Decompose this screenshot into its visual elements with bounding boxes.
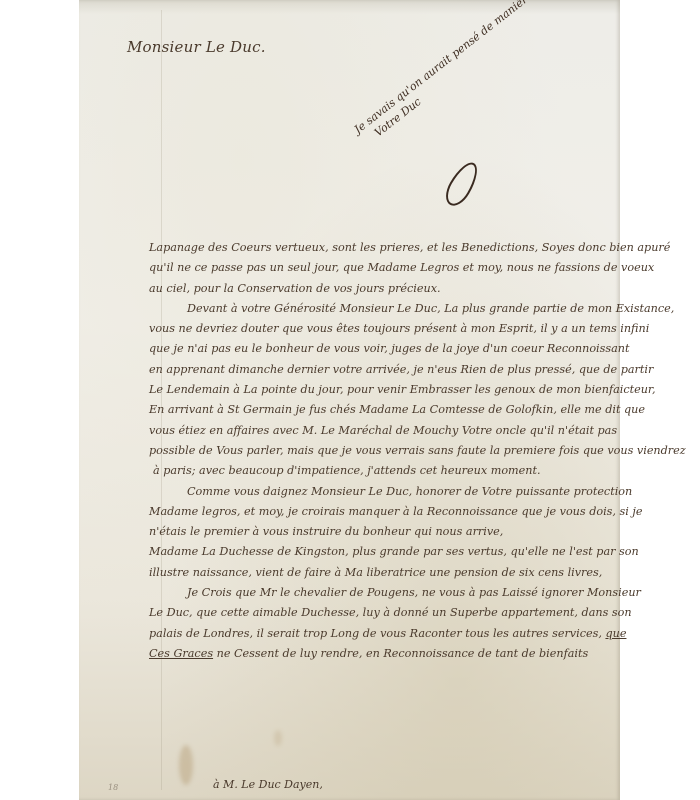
- letter-body: Lapanage des Coeurs vertueux, sont les p…: [149, 238, 605, 664]
- pencil-mark: 18: [108, 783, 118, 792]
- marginal-annotation: Je savais qu'on aurait pensé de manière …: [352, 0, 545, 148]
- text-line: illustre naissance, vient de faire à Ma …: [149, 563, 605, 583]
- text-line: palais de Londres, il serait trop Long d…: [149, 624, 605, 644]
- annotation-line-2: Votre Duc: [372, 1, 544, 140]
- signature-paraph-icon: [440, 158, 483, 211]
- text-line: Madame legros, et moy, je croirais manqu…: [149, 502, 605, 522]
- underlined-phrase: Ces Graces: [149, 647, 213, 660]
- letter-page: Monsieur Le Duc. Je savais qu'on aurait …: [79, 0, 620, 800]
- addressee: à M. Le Duc Dayen,: [213, 778, 323, 791]
- text-line: Comme vous daignez Monsieur Le Duc, hono…: [149, 482, 605, 502]
- text-line: Devant à votre Générosité Monsieur Le Du…: [149, 299, 605, 319]
- text-line: Ces Graces ne Cessent de luy rendre, en …: [149, 644, 605, 664]
- text-line: n'étais le premier à vous instruire du b…: [149, 522, 605, 542]
- text-line: à paris; avec beaucoup d'impatience, j'a…: [149, 461, 605, 481]
- text-line: Lapanage des Coeurs vertueux, sont les p…: [149, 238, 605, 258]
- underlined-word: que: [605, 627, 626, 640]
- text-span: palais de Londres, il serait trop Long d…: [149, 627, 602, 640]
- text-line: Le Duc, que cette aimable Duchesse, luy …: [149, 603, 605, 623]
- salutation: Monsieur Le Duc.: [127, 38, 266, 56]
- text-line: en apprenant dimanche dernier votre arri…: [149, 360, 605, 380]
- text-line: que je n'ai pas eu le bonheur de vous vo…: [149, 339, 605, 359]
- text-line: vous ne devriez douter que vous êtes tou…: [149, 319, 605, 339]
- text-line: possible de Vous parler, mais que je vou…: [149, 441, 605, 461]
- text-line: Je Crois que Mr le chevalier de Pougens,…: [149, 583, 605, 603]
- text-line: qu'il ne ce passe pas un seul jour, que …: [149, 258, 605, 278]
- text-line: au ciel, pour la Conservation de vos jou…: [149, 279, 605, 299]
- text-line: vous étiez en affaires avec M. Le Maréch…: [149, 421, 605, 441]
- text-line: Le Lendemain à La pointe du jour, pour v…: [149, 380, 605, 400]
- text-line: En arrivant à St Germain je fus chés Mad…: [149, 400, 605, 420]
- ink-stain: [179, 745, 193, 785]
- text-line: Madame La Duchesse de Kingston, plus gra…: [149, 542, 605, 562]
- ink-stain: [274, 730, 282, 746]
- annotation-line-1: Je savais qu'on aurait pensé de manière: [352, 0, 535, 136]
